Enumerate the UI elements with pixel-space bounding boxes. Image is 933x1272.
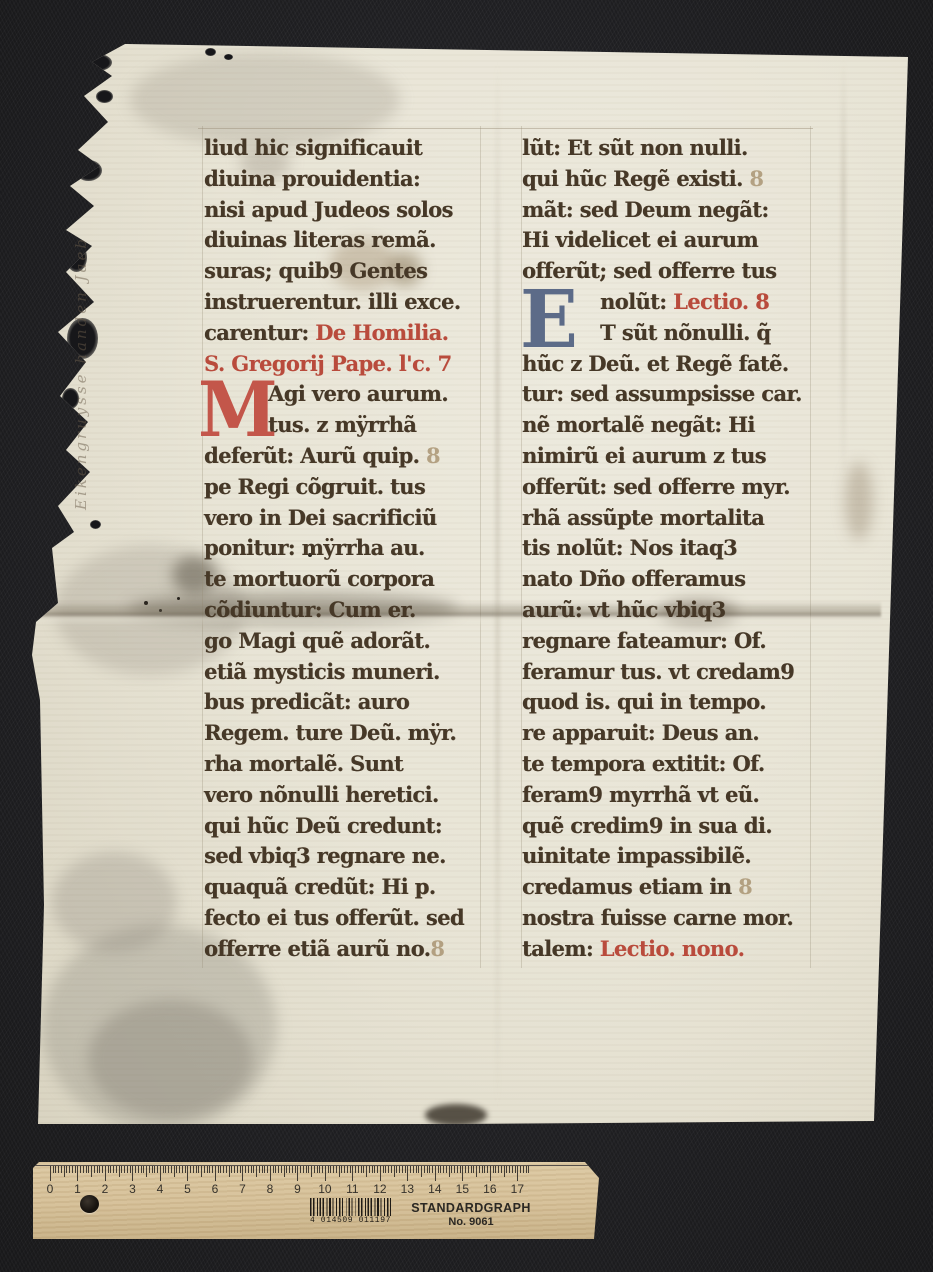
- text-line: pe Regi cõgruit. tus: [204, 471, 425, 503]
- text-line: suras; quib9 Gentes: [204, 255, 427, 287]
- text-line: quod is. qui in tempo.: [522, 686, 766, 718]
- ruler-tick: [124, 1166, 125, 1173]
- text-line: qui hũc Deũ credunt:: [204, 810, 442, 842]
- text-line: re apparuit: Deus an.: [522, 717, 759, 749]
- ruler-tick: [399, 1166, 400, 1173]
- ruler-tick: [449, 1166, 450, 1177]
- body-text: suras; quib9 Gentes: [204, 257, 427, 283]
- ruler-tick: [204, 1166, 205, 1173]
- rubric-text: Lectio. nono.: [600, 935, 745, 961]
- rubric-text: Lectio. 8: [673, 288, 769, 314]
- ruler-tick: [506, 1166, 507, 1173]
- text-line: liud hic significauit: [204, 132, 422, 164]
- text-line: tur: sed assumpsisse car.: [522, 378, 802, 410]
- ruler-tick: [83, 1166, 84, 1173]
- ruler-tick: [306, 1166, 307, 1173]
- ruler-tick: [218, 1166, 219, 1173]
- ruler-tick: [372, 1166, 373, 1173]
- ruler-tick: [108, 1166, 109, 1173]
- ruler-tick: [429, 1166, 430, 1173]
- ruler-tick: [347, 1166, 348, 1173]
- text-line: nisi apud Judeos solos: [204, 194, 453, 226]
- ruler-number: 12: [373, 1182, 386, 1196]
- body-text: quẽ credim9 in sua di.: [522, 812, 772, 838]
- body-text: bus predicãt: auro: [204, 688, 409, 714]
- text-line: feramur tus. vt credam9: [522, 656, 794, 688]
- body-text: nimirũ ei aurum z tus: [522, 442, 766, 468]
- ruler-tick: [528, 1166, 529, 1173]
- ruler-tick: [517, 1166, 518, 1181]
- ruler-tick: [413, 1166, 414, 1173]
- text-line: Regem. ture Deũ. mÿr.: [204, 717, 456, 749]
- ruler-tick: [495, 1166, 496, 1173]
- ruler-tick: [421, 1166, 422, 1177]
- body-text: nostra fuisse carne mor.: [522, 904, 793, 930]
- ruler-number: 15: [456, 1182, 469, 1196]
- body-text: quaquã credũt: Hi p.: [204, 873, 435, 899]
- ruler-tick: [223, 1166, 224, 1173]
- ruler-tick: [322, 1166, 323, 1173]
- text-line: quaquã credũt: Hi p.: [204, 871, 435, 903]
- ruler-tick: [86, 1166, 87, 1173]
- ruler-tick: [212, 1166, 213, 1173]
- ruler-hanging-hole: [80, 1195, 99, 1213]
- ruler-tick: [275, 1166, 276, 1173]
- ruler-tick: [273, 1166, 274, 1173]
- body-text: te tempora extitit: Of.: [522, 750, 764, 776]
- ruler-number: 14: [428, 1182, 441, 1196]
- ruler-tick: [72, 1166, 73, 1173]
- body-text: carentur:: [204, 319, 315, 345]
- ruler-tick: [50, 1166, 51, 1181]
- ruler-branding: STANDARDGRAPH No. 9061: [396, 1201, 546, 1228]
- ruler-number: 17: [511, 1182, 524, 1196]
- body-text: Agi vero aurum.: [268, 380, 448, 406]
- ruler-tick: [61, 1166, 62, 1173]
- ruler-tick: [504, 1166, 505, 1177]
- ruler-number: 9: [294, 1182, 301, 1196]
- rubric-text: De Homilia.: [315, 319, 448, 345]
- body-text: nato Dño offeramus: [522, 565, 745, 591]
- ruler-tick: [333, 1166, 334, 1173]
- ruler-tick: [160, 1166, 161, 1181]
- text-line: etiã mysticis muneri.: [204, 656, 440, 688]
- body-text: go Magi quẽ adorãt.: [204, 627, 430, 653]
- ruler-tick: [220, 1166, 221, 1173]
- ruler-tick: [443, 1166, 444, 1173]
- body-text: rha mortalẽ. Sunt: [204, 750, 403, 776]
- body-text: qui hũc Deũ credunt:: [204, 812, 442, 838]
- ruler-tick: [245, 1166, 246, 1173]
- ruler-tick: [157, 1166, 158, 1173]
- ruler-tick: [380, 1166, 381, 1181]
- body-text: tur: sed assumpsisse car.: [522, 380, 802, 406]
- ruler-tick: [490, 1166, 491, 1181]
- ruler-tick: [405, 1166, 406, 1173]
- ruler-tick: [267, 1166, 268, 1173]
- body-text: liud hic significauit: [204, 134, 422, 160]
- ruler-tick: [479, 1166, 480, 1173]
- ruler-tick: [424, 1166, 425, 1173]
- ruler-tick: [138, 1166, 139, 1173]
- ruler-tick: [457, 1166, 458, 1173]
- ruler-tick: [435, 1166, 436, 1181]
- ruler-tick: [226, 1166, 227, 1173]
- text-line: cõdiuntur: Cum er.: [204, 594, 416, 626]
- body-text: feram9 myrrhã vt eũ.: [522, 781, 759, 807]
- body-text: cõdiuntur: Cum er.: [204, 596, 416, 622]
- text-line: rhã assũpte mortalita: [522, 502, 764, 534]
- ruler-tick: [465, 1166, 466, 1173]
- text-line: nolũt: Lectio. 8: [600, 286, 769, 318]
- decorated-initial-m: M: [198, 372, 278, 448]
- ruler-tick: [344, 1166, 345, 1173]
- ruler-tick: [174, 1166, 175, 1177]
- text-line: diuinas literas remã.: [204, 224, 436, 256]
- text-line: bus predicãt: auro: [204, 686, 409, 718]
- ruler-tick: [99, 1166, 100, 1173]
- ruler-tick: [64, 1166, 65, 1177]
- text-line: Hi videlicet ei aurum: [522, 224, 758, 256]
- ruler-tick: [520, 1166, 521, 1173]
- ruler-tick: [94, 1166, 95, 1173]
- ruler-tick: [119, 1166, 120, 1177]
- ruler-tick: [80, 1166, 81, 1173]
- ruler-number: 4: [157, 1182, 164, 1196]
- body-text: etiã mysticis muneri.: [204, 658, 440, 684]
- text-line: mãt: sed Deum negãt:: [522, 194, 769, 226]
- ruler-tick: [388, 1166, 389, 1173]
- ruler-number: 5: [184, 1182, 191, 1196]
- ruler-tick: [473, 1166, 474, 1173]
- ruler-number: 11: [346, 1182, 358, 1196]
- ruler-tick: [374, 1166, 375, 1173]
- ruler-tick: [325, 1166, 326, 1181]
- ruler-tick: [523, 1166, 524, 1173]
- ruler-tick: [317, 1166, 318, 1173]
- ruler-tick: [391, 1166, 392, 1173]
- body-text: regnare fateamur: Of.: [522, 627, 766, 653]
- ruler-tick: [229, 1166, 230, 1177]
- ruler-tick: [328, 1166, 329, 1173]
- text-line: vero nõnulli heretici.: [204, 779, 439, 811]
- ruler-tick: [176, 1166, 177, 1173]
- ruler-tick: [418, 1166, 419, 1173]
- ruler-tick: [55, 1166, 56, 1173]
- manuscript-text-layer: Eikengruysse handen Jaeb liud hic signif…: [0, 0, 933, 1272]
- ruler: 01234567891011121314151617 4 014509 0111…: [33, 1162, 599, 1239]
- ruler-tick: [256, 1166, 257, 1177]
- body-text: offerre etiã aurũ no.: [204, 935, 430, 961]
- text-line: nẽ mortalẽ negãt: Hi: [522, 409, 755, 441]
- ruler-tick: [91, 1166, 92, 1177]
- ruler-tick: [484, 1166, 485, 1173]
- ruler-tick: [361, 1166, 362, 1173]
- ruler-tick: [416, 1166, 417, 1173]
- ruler-tick: [116, 1166, 117, 1173]
- ruler-tick: [460, 1166, 461, 1173]
- ruler-tick: [330, 1166, 331, 1173]
- ruler-tick: [526, 1166, 527, 1173]
- ruler-tick: [193, 1166, 194, 1173]
- ruler-tick: [121, 1166, 122, 1173]
- ruler-tick: [270, 1166, 271, 1181]
- ruler-number: 3: [129, 1182, 136, 1196]
- ruler-tick: [152, 1166, 153, 1173]
- body-text: aurũ: vt hũc vbiq3: [522, 596, 725, 622]
- ruler-tick: [259, 1166, 260, 1173]
- ruler-tick: [102, 1166, 103, 1173]
- ruler-tick: [446, 1166, 447, 1173]
- body-text: qui hũc Regẽ existi.: [522, 165, 743, 191]
- ruler-tick: [454, 1166, 455, 1173]
- body-text: offerũt: sed offerre myr.: [522, 473, 790, 499]
- ruler-tick: [149, 1166, 150, 1173]
- ruler-number: 6: [212, 1182, 219, 1196]
- body-text: nolũt:: [600, 288, 673, 314]
- ruler-number: 1: [74, 1182, 81, 1196]
- ruler-tick: [289, 1166, 290, 1173]
- ruler-tick: [363, 1166, 364, 1173]
- ruler-tick: [440, 1166, 441, 1173]
- text-line: fecto ei tus offerũt. sed: [204, 902, 464, 934]
- ruler-tick: [262, 1166, 263, 1173]
- ruler-number: 8: [267, 1182, 274, 1196]
- ruler-tick: [286, 1166, 287, 1173]
- barcode-bars: [310, 1198, 394, 1216]
- ruler-tick: [69, 1166, 70, 1173]
- ruler-tick: [130, 1166, 131, 1173]
- ruler-tick: [248, 1166, 249, 1173]
- marginal-inscription: Eikengruysse handen Jaeb: [72, 150, 90, 510]
- ruler-tick: [171, 1166, 172, 1173]
- ruler-tick: [300, 1166, 301, 1173]
- ruler-tick: [187, 1166, 188, 1181]
- ruler-number: 7: [239, 1182, 246, 1196]
- ruler-tick: [493, 1166, 494, 1173]
- body-text: tus. z mÿrrhã: [268, 411, 416, 437]
- ruler-tick: [284, 1166, 285, 1177]
- ruler-tick: [141, 1166, 142, 1173]
- ruler-tick: [165, 1166, 166, 1173]
- ruler-tick: [264, 1166, 265, 1173]
- ruler-tick: [394, 1166, 395, 1177]
- text-line: talem: Lectio. nono.: [522, 933, 744, 965]
- ruler-tick: [402, 1166, 403, 1173]
- text-line: qui hũc Regẽ existi. 8: [522, 163, 763, 195]
- text-line: instruerentur. illi exce.: [204, 286, 460, 318]
- ruler-tick: [251, 1166, 252, 1173]
- ruler-tick: [339, 1166, 340, 1177]
- ruler-tick: [105, 1166, 106, 1181]
- decorated-initial-e: E: [520, 280, 578, 360]
- body-text: mãt: sed Deum negãt:: [522, 196, 769, 222]
- ruler-tick: [471, 1166, 472, 1173]
- ruler-tick: [113, 1166, 114, 1173]
- text-line: offerũt: sed offerre myr.: [522, 471, 790, 503]
- ruler-number: 2: [102, 1182, 109, 1196]
- ruler-tick: [410, 1166, 411, 1173]
- text-line: nostra fuisse carne mor.: [522, 902, 793, 934]
- ruler-tick: [207, 1166, 208, 1173]
- body-text: te mortuorũ corpora: [204, 565, 434, 591]
- ruler-tick: [97, 1166, 98, 1173]
- body-text: T sũt nõnulli. q̃: [600, 319, 771, 345]
- ruler-number: 13: [401, 1182, 414, 1196]
- ruler-tick: [292, 1166, 293, 1173]
- ruler-tick: [53, 1166, 54, 1173]
- ruler-tick: [314, 1166, 315, 1173]
- ruler-tick: [427, 1166, 428, 1173]
- text-line: quẽ credim9 in sua di.: [522, 810, 772, 842]
- ruler-tick: [196, 1166, 197, 1173]
- ruler-tick: [515, 1166, 516, 1173]
- body-text: rhã assũpte mortalita: [522, 504, 764, 530]
- text-line: Agi vero aurum.: [268, 378, 448, 410]
- ruler-tick: [135, 1166, 136, 1173]
- body-text: quod is. qui in tempo.: [522, 688, 766, 714]
- ruler-tick: [385, 1166, 386, 1173]
- ruler-tick: [58, 1166, 59, 1173]
- ruler-tick: [88, 1166, 89, 1173]
- text-line: aurũ: vt hũc vbiq3: [522, 594, 725, 626]
- ruler-tick: [501, 1166, 502, 1173]
- ruler-tick: [350, 1166, 351, 1173]
- text-line: lũt: Et sũt non nulli.: [522, 132, 748, 164]
- body-text: diuina prouidentia:: [204, 165, 420, 191]
- ruler-tick: [438, 1166, 439, 1173]
- body-text: 8: [419, 442, 440, 468]
- ruler-tick: [366, 1166, 367, 1177]
- ruler-tick: [253, 1166, 254, 1173]
- ruler-barcode: 4 014509 011197: [310, 1198, 394, 1225]
- text-line: regnare fateamur: Of.: [522, 625, 766, 657]
- ruler-tick: [168, 1166, 169, 1173]
- ruler-tick: [231, 1166, 232, 1173]
- body-text: Regem. ture Deũ. mÿr.: [204, 719, 456, 745]
- text-line: uinitate impassibilẽ.: [522, 840, 751, 872]
- ruler-tick: [468, 1166, 469, 1173]
- ruler-tick: [512, 1166, 513, 1173]
- ruler-tick: [215, 1166, 216, 1181]
- ruler-tick: [352, 1166, 353, 1181]
- ruler-model-number: No. 9061: [396, 1216, 546, 1228]
- ruler-tick: [237, 1166, 238, 1173]
- body-text: Hi videlicet ei aurum: [522, 226, 758, 252]
- body-text: 8: [430, 935, 444, 961]
- text-line: nato Dño offeramus: [522, 563, 745, 595]
- ruler-tick: [311, 1166, 312, 1177]
- text-line: vero in Dei sacrificiũ: [204, 502, 436, 534]
- barcode-digits: 4 014509 011197: [310, 1216, 394, 1225]
- body-text: ponitur: mÿrrha au.: [204, 534, 425, 560]
- ruler-tick: [432, 1166, 433, 1173]
- body-text: tis nolũt: Nos itaq3: [522, 534, 737, 560]
- ruler-tick: [154, 1166, 155, 1173]
- ruler-tick: [185, 1166, 186, 1173]
- text-line: te tempora extitit: Of.: [522, 748, 764, 780]
- ruler-tick: [396, 1166, 397, 1173]
- text-line: tus. z mÿrrhã: [268, 409, 416, 441]
- ruler-tick: [336, 1166, 337, 1173]
- ruler-tick: [341, 1166, 342, 1173]
- ruler-tick: [355, 1166, 356, 1173]
- body-text: nẽ mortalẽ negãt: Hi: [522, 411, 755, 437]
- body-text: lũt: Et sũt non nulli.: [522, 134, 748, 160]
- text-line: credamus etiam in 8: [522, 871, 752, 903]
- ruler-tick: [487, 1166, 488, 1173]
- ruler-number: 0: [47, 1182, 54, 1196]
- ruler-tick: [190, 1166, 191, 1173]
- ruler-tick: [377, 1166, 378, 1173]
- text-line: sed vbiq3 regnare ne.: [204, 840, 446, 872]
- ruler-tick: [451, 1166, 452, 1173]
- ruler-tick: [234, 1166, 235, 1173]
- ruler-tick: [179, 1166, 180, 1173]
- ruler-tick: [209, 1166, 210, 1173]
- ruler-tick: [281, 1166, 282, 1173]
- body-text: feramur tus. vt credam9: [522, 658, 794, 684]
- ruler-tick: [163, 1166, 164, 1173]
- body-text: re apparuit: Deus an.: [522, 719, 759, 745]
- ruler-tick: [66, 1166, 67, 1173]
- text-line: tis nolũt: Nos itaq3: [522, 532, 737, 564]
- text-line: offerre etiã aurũ no.8: [204, 933, 444, 965]
- ruler-tick: [146, 1166, 147, 1177]
- ruler-tick: [240, 1166, 241, 1173]
- body-text: uinitate impassibilẽ.: [522, 842, 751, 868]
- text-line: ponitur: mÿrrha au.: [204, 532, 425, 564]
- ruler-tick: [407, 1166, 408, 1181]
- text-line: rha mortalẽ. Sunt: [204, 748, 403, 780]
- body-text: diuinas literas remã.: [204, 226, 436, 252]
- body-text: fecto ei tus offerũt. sed: [204, 904, 464, 930]
- ruler-tick: [75, 1166, 76, 1173]
- body-text: 8: [731, 873, 752, 899]
- ruler-tick: [143, 1166, 144, 1173]
- ruler-tick: [182, 1166, 183, 1173]
- ruler-tick: [383, 1166, 384, 1173]
- body-text: instruerentur. illi exce.: [204, 288, 460, 314]
- ruler-brand-name: STANDARDGRAPH: [396, 1201, 546, 1215]
- body-text: vero in Dei sacrificiũ: [204, 504, 436, 530]
- body-text: talem:: [522, 935, 600, 961]
- text-line: te mortuorũ corpora: [204, 563, 434, 595]
- ruler-tick: [319, 1166, 320, 1173]
- ruler-tick: [303, 1166, 304, 1173]
- text-line: nimirũ ei aurum z tus: [522, 440, 766, 472]
- ruler-tick: [278, 1166, 279, 1173]
- ruler-tick: [509, 1166, 510, 1173]
- ruler-tick: [358, 1166, 359, 1173]
- ruler-tick: [462, 1166, 463, 1181]
- ruler-number: 10: [318, 1182, 331, 1196]
- body-text: 8: [743, 165, 764, 191]
- body-text: sed vbiq3 regnare ne.: [204, 842, 446, 868]
- text-line: carentur: De Homilia.: [204, 317, 448, 349]
- text-line: go Magi quẽ adorãt.: [204, 625, 430, 657]
- ruler-tick: [201, 1166, 202, 1177]
- ruler-tick: [242, 1166, 243, 1181]
- photo-backdrop: Eikengruysse handen Jaeb liud hic signif…: [0, 0, 933, 1272]
- ruler-tick: [295, 1166, 296, 1173]
- ruler-tick: [482, 1166, 483, 1173]
- text-line: diuina prouidentia:: [204, 163, 420, 195]
- ruler-tick: [498, 1166, 499, 1173]
- ruler-tick: [127, 1166, 128, 1173]
- ruler-tick: [77, 1166, 78, 1181]
- body-text: vero nõnulli heretici.: [204, 781, 439, 807]
